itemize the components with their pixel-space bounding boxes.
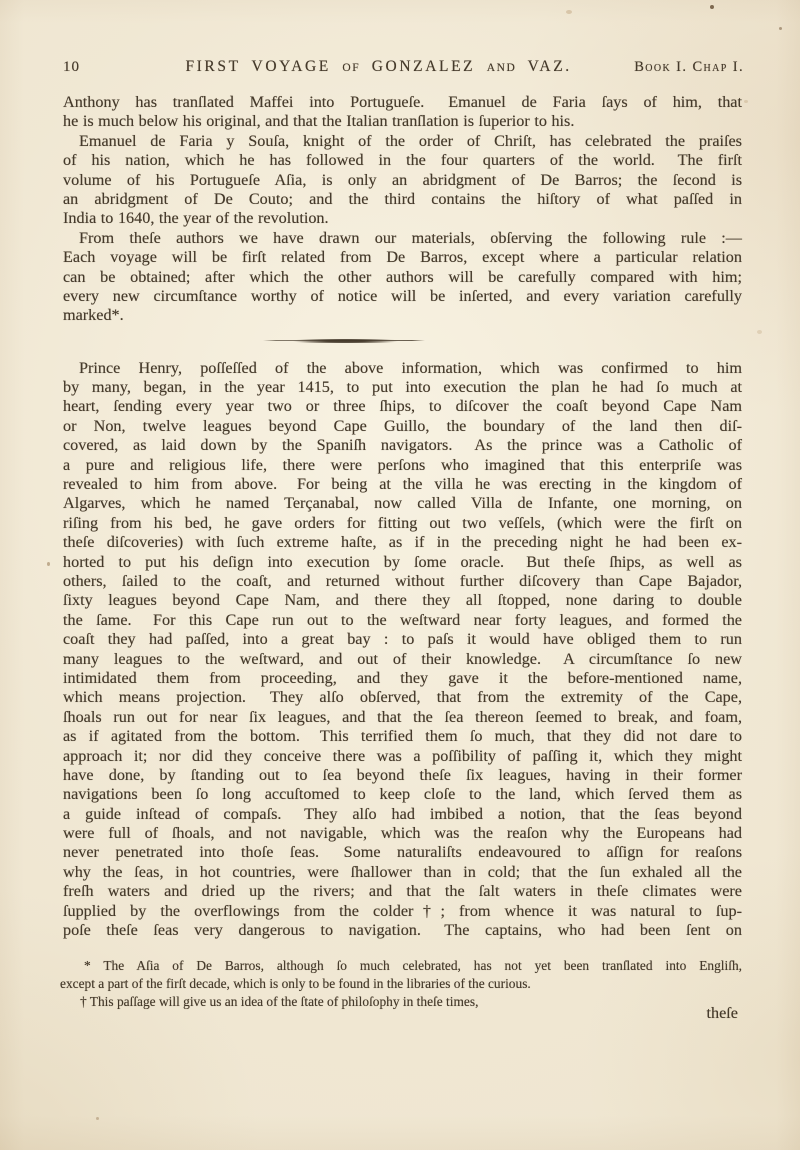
chapter-heading: Book I. Chap I. [634,59,744,76]
text-line: the ſame. For this Cape run out to the w… [63,611,742,630]
text-line: why the ſeas, in hot countries, were ſha… [63,863,742,882]
text-line: a guide inſtead of compaſs. They alſo ha… [63,805,742,824]
text-line: as if agitated from the bottom. This ter… [63,727,742,746]
footnote-block: * The Aſia of De Barros, although ſo muc… [60,957,742,1010]
foxing-spot [779,27,782,30]
footnote-line: † This paſſage will give us an idea of t… [60,993,742,1011]
text-line: India to 1640, the year of the revolutio… [63,209,742,228]
text-line: ſhoals run out for near ſix leagues, and… [63,708,742,727]
text-line: freſh waters and dried up the rivers; an… [63,882,742,901]
body-text: Anthony has tranſlated Maffei into Portu… [63,93,742,940]
text-line: Emanuel de Faria y Souſa, knight of the … [63,132,742,151]
text-line: heart, ſending every year two or three ſ… [63,397,742,416]
paragraph: Prince Henry, poſſeſſed of the above inf… [63,359,742,941]
text-line: were full of ſhoals, and not navigable, … [63,824,742,843]
text-line: poſe theſe ſeas very dangerous to naviga… [63,921,742,940]
foxing-spot [566,10,572,14]
text-line: Each voyage will be firſt related from D… [63,248,742,267]
text-line: intimidated them from proceeding, and th… [63,669,742,688]
section-divider-rule [263,339,425,343]
paragraph: From theſe authors we have drawn our mat… [63,229,742,326]
paragraph: Emanuel de Faria y Souſa, knight of the … [63,132,742,229]
title-word: VAZ. [528,58,572,75]
text-line: never penetrated into thoſe ſeas. Some n… [63,843,742,862]
catchword: theſe [707,1004,738,1023]
text-line: can be obtained; after which the other a… [63,268,742,287]
text-line: or Non, twelve leagues beyond Cape Guill… [63,417,742,436]
foxing-spot [96,1117,99,1120]
foxing-spot [47,562,50,566]
text-line: covered, as laid down by the Spaniſh nav… [63,436,742,455]
foxing-spot [757,330,762,334]
text-line: theſe diſcoveries) with ſuch extreme haſ… [63,533,742,552]
text-line: From theſe authors we have drawn our mat… [63,229,742,248]
text-line: coaſt they had paſſed, into a great bay … [63,630,742,649]
text-line: which means projection. They alſo obſerv… [63,688,742,707]
footnote-line: * The Aſia of De Barros, although ſo muc… [60,957,742,975]
title-conjunction: of [342,62,360,74]
text-line: Algarves, which he named Terçanabal, now… [63,494,742,513]
title-word: FIRST VOYAGE [185,58,330,75]
title-word: GONZALEZ [372,58,475,75]
text-line: ſupplied by the overflowings from the co… [63,902,742,921]
paragraph: Anthony has tranſlated Maffei into Portu… [63,93,742,132]
text-line: marked*. [63,306,742,325]
text-line: revealed to him from above. For being at… [63,475,742,494]
text-line: navigations been ſo long accuſtomed to k… [63,785,742,804]
text-line: Prince Henry, poſſeſſed of the above inf… [63,359,742,378]
title-conjunction: and [487,62,517,74]
text-line: many leagues to the weſtward, and out of… [63,650,742,669]
running-head: 10 FIRST VOYAGE of GONZALEZ and VAZ. Boo… [63,58,744,80]
text-line: have done, by ſtanding out to ſea beyond… [63,766,742,785]
text-line: a pure and religious life, there were pe… [63,456,742,475]
text-line: volume of his Portugueſe Aſia, is only a… [63,171,742,190]
text-line: ſixty leagues beyond Cape Nam, and there… [63,591,742,610]
text-line: horted to put his deſign into execution … [63,553,742,572]
text-line: by many, began, in the year 1415, to put… [63,378,742,397]
text-line: approach it; nor did they conceive there… [63,747,742,766]
text-line: of his nation, which he has followed in … [63,151,742,170]
text-line: others, ſailed to the coaſt, and returne… [63,572,742,591]
footnote-line: except a part of the firſt decade, which… [60,975,742,993]
text-line: Anthony has tranſlated Maffei into Portu… [63,93,742,112]
foxing-spot [710,5,714,9]
book-page: 10 FIRST VOYAGE of GONZALEZ and VAZ. Boo… [0,0,800,1150]
running-title: FIRST VOYAGE of GONZALEZ and VAZ. [123,58,634,76]
text-line: every new circumſtance worthy of notice … [63,287,742,306]
foxing-spot [744,100,748,103]
page-number: 10 [63,59,123,76]
text-line: an abridgment of De Couto; and the third… [63,190,742,209]
text-line: he is much below his original, and that … [63,112,742,131]
text-line: riſing from his bed, he gave orders for … [63,514,742,533]
